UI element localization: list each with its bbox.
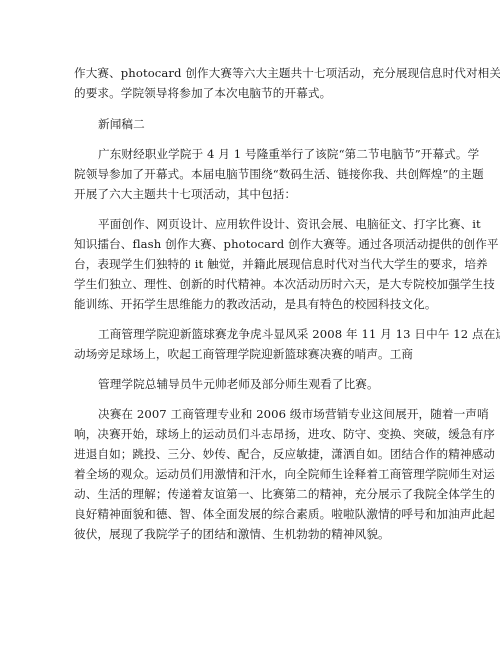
paragraph-line: 彼伏，展现了我院学子的团结和激情、生机勃勃的精神风貌。 (74, 527, 434, 541)
document-page: 作大赛、photocard 创作大赛等六大主题共十七项活动，充分展现信息时代对相… (0, 0, 500, 647)
paragraph-line: 动场旁足球场上，吹起工商管理学院迎新篮球赛决赛的哨声。工商 (74, 347, 434, 361)
paragraph-line: 决赛在 2007 工商管理专业和 2006 级市场营销专业这间展开，随着一声哨 (98, 407, 458, 421)
paragraph-line: 平面创作、网页设计、应用软件设计、资讯会展、电脑征文、打字比赛、it (98, 217, 458, 231)
paragraph-line: 良好精神面貌和德、智、体全面发展的综合素质。啦啦队激情的呼号和加油声此起 (74, 507, 434, 521)
paragraph-line: 进退自如；跳投、三分、妙传、配合，反应敏捷，潇洒自如。团结合作的精神感动 (74, 447, 434, 461)
paragraph-line: 院领导参加了开幕式。本届电脑节围绕“数码生活、链接你我、共创辉煌”的主题 (74, 167, 434, 181)
paragraph-line: 学生们独立、理性、创新的时代精神。本次活动历时六天，是大专院校加强学生技 (74, 277, 434, 291)
section-heading: 新闻稿二 (98, 117, 458, 131)
paragraph-line: 工商管理学院迎新篮球赛龙争虎斗显风采 2008 年 11 月 13 日中午 12… (98, 327, 458, 341)
paragraph-line: 广东财经职业学院于 4 月 1 号隆重举行了该院“第二节电脑节”开幕式。学 (98, 147, 458, 161)
paragraph-line: 知识擂台、flash 创作大赛、photocard 创作大赛等。通过各项活动提供… (74, 237, 434, 251)
paragraph-line: 响，决赛开始，球场上的运动员们斗志昂扬，进攻、防守、变换、突破，缓急有序 (74, 427, 434, 441)
paragraph-line: 动、生活的理解；传递着友谊第一、比赛第二的精神，充分展示了我院全体学生的 (74, 487, 434, 501)
paragraph-line: 的要求。学院领导将参加了本次电脑节的开幕式。 (74, 86, 434, 100)
paragraph-line: 管理学院总辅导员牛元帅老师及部分师生观看了比赛。 (98, 377, 458, 391)
paragraph-line: 台，表现学生们独特的 it 触觉，并籍此展现信息时代对当代大学生的要求，培养 (74, 257, 434, 271)
paragraph-line: 作大赛、photocard 创作大赛等六大主题共十七项活动，充分展现信息时代对相… (74, 66, 434, 80)
paragraph-line: 能训练、开拓学生思维能力的教改活动，是具有特色的校园科技文化。 (74, 297, 434, 311)
paragraph-line: 着全场的观众。运动员们用激情和汗水，向全院师生诠释着工商管理学院师生对运 (74, 467, 434, 481)
paragraph-line: 开展了六大主题共十七项活动，其中包括： (74, 187, 434, 201)
